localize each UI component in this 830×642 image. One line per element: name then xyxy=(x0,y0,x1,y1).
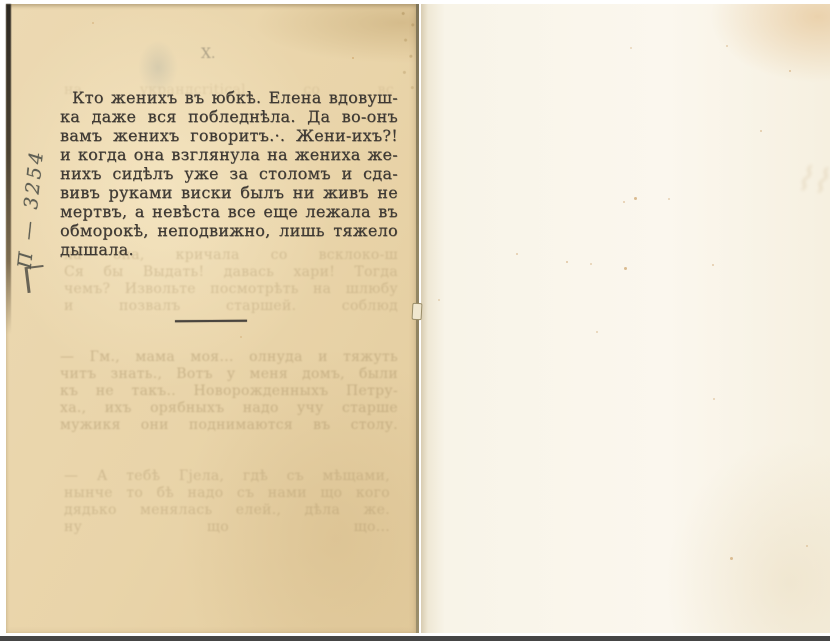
ghost-line: Ся бы Выдать! давась хари! Тогда xyxy=(64,264,398,281)
printed-paragraph: Кто женихъ въ юбкѣ. Елена вдовуш- ка даж… xyxy=(60,88,398,259)
left-page-torn-edge xyxy=(6,4,11,334)
foxing-spot xyxy=(624,267,627,270)
foxing-spot xyxy=(566,261,568,263)
foxing-spot xyxy=(712,264,714,266)
showthrough-chapter-mark: X. xyxy=(201,46,215,62)
foxing-spot xyxy=(623,201,625,203)
ghost-line: и позвалъ старшей. соблюд xyxy=(64,298,398,315)
paragraph-line: вамъ женихъ говоритъ.·. Жени-ихъ?! xyxy=(60,126,398,145)
ink-smudge xyxy=(138,40,178,95)
foxing-spot xyxy=(516,253,518,255)
ghost-line: къ не такъ.. Новорожденныхъ Петру- xyxy=(60,383,398,400)
foxing-spot xyxy=(240,336,242,338)
showthrough-block-a: ла она, кричала со всклоко-ш Ся бы Выдат… xyxy=(64,247,398,315)
foxing-spot xyxy=(806,545,808,547)
foxing-spot xyxy=(726,45,728,47)
ghost-line: нынче то бѣ надо съ нами що кого xyxy=(64,485,390,502)
foxing-spot xyxy=(713,398,715,400)
book-scan: на украндcritical со вс X. Кто женихъ въ… xyxy=(0,0,830,642)
foxing-spot xyxy=(438,299,440,301)
paragraph-line: нихъ сидѣлъ уже за столомъ и сда- xyxy=(60,164,398,183)
scan-bottom-border xyxy=(0,636,830,641)
ghost-line: ну що що... xyxy=(64,519,390,536)
ghost-line: мужикя они поднимаются въ столу. xyxy=(60,417,398,434)
foxing-spot xyxy=(366,118,368,120)
foxing-spot xyxy=(92,22,94,24)
foxing-spot xyxy=(630,47,632,49)
paragraph-line: ка даже вся побледнѣла. Да во-онъ xyxy=(60,107,398,126)
foxing-spot xyxy=(590,263,592,265)
foxing-spot xyxy=(352,57,354,59)
paragraph-line: Кто женихъ въ юбкѣ. Елена вдовуш- xyxy=(60,88,398,107)
right-page xyxy=(421,4,830,633)
ghost-line: ха., ихъ орябныхъ надо учу старше xyxy=(60,400,398,417)
pencil-bracket-mark xyxy=(24,265,46,293)
foxing-spot xyxy=(668,198,670,200)
foxing-spot xyxy=(760,130,762,132)
foxing-spot xyxy=(789,70,791,72)
paragraph-line: и когда она взглянула на жениха же- xyxy=(60,145,398,164)
ghost-line: чемъ? Извольте посмотрѣть на шлюбу xyxy=(64,281,398,298)
showthrough-block-b: — Гм., мама моя... олнуда и тяжуть читъ … xyxy=(60,349,398,434)
ghost-line: дядько менялась елей., дѣла же. xyxy=(64,502,390,519)
ghost-line: — А тебѣ Гjела, гдѣ съ мѣщами, xyxy=(64,468,390,485)
ghost-line: читъ знать., Вотъ у меня домъ, были xyxy=(60,366,398,383)
showthrough-block-c: — А тебѣ Гjела, гдѣ съ мѣщами, нынче то … xyxy=(64,468,390,536)
foxing-spot xyxy=(634,197,637,200)
foxing-spot xyxy=(596,331,598,333)
paragraph-line: вивъ руками виски былъ ни живъ не xyxy=(60,183,398,202)
ghost-line: ла она, кричала со всклоко-ш xyxy=(64,247,398,264)
paragraph-line: обморокѣ, неподвижно, лишь тяжело xyxy=(60,221,398,240)
foxing-spot xyxy=(730,557,733,560)
ghost-line: — Гм., мама моя... олнуда и тяжуть xyxy=(60,349,398,366)
paragraph-line: мертвъ, а невѣста все еще лежала въ xyxy=(60,202,398,221)
binding-stitch xyxy=(412,303,423,321)
